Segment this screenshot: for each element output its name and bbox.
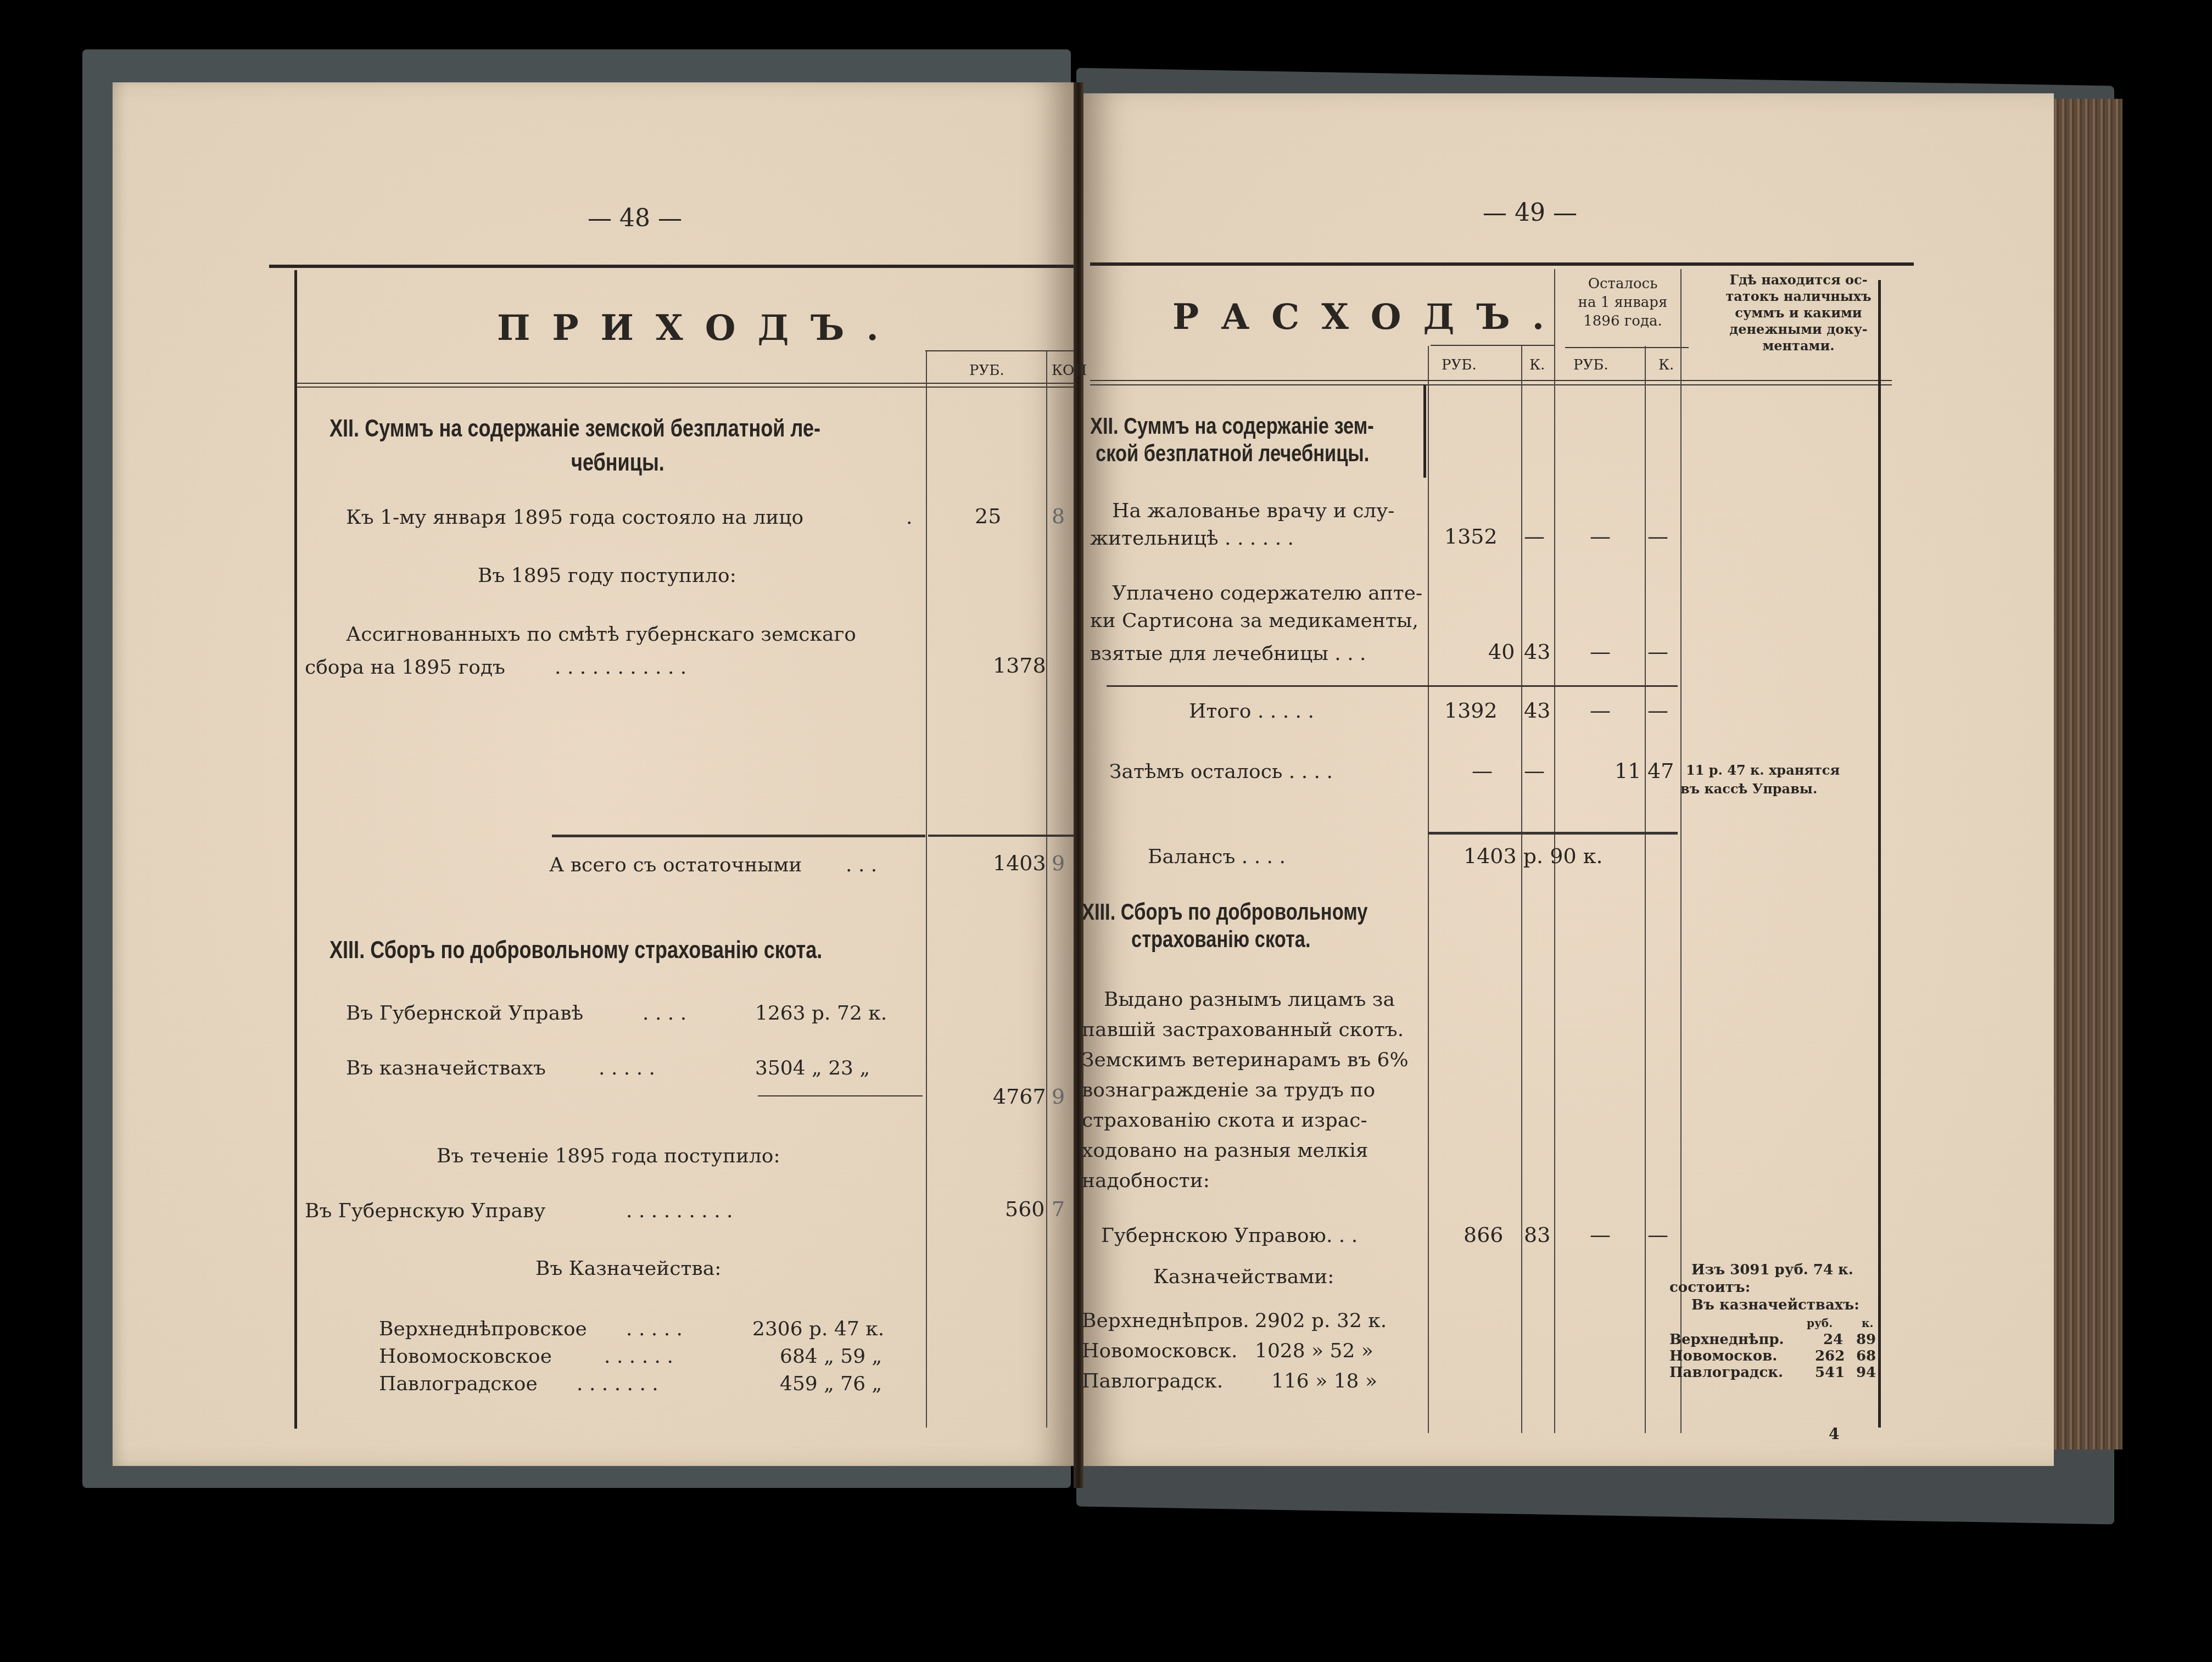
left-xiii-uprava-label: Въ Губернскую Управу: [305, 1200, 545, 1222]
right-itogo-rem-k: —: [1647, 698, 1668, 723]
right-row1-rub: 1352: [1444, 524, 1498, 549]
right-itogo-rub: 1392: [1444, 698, 1498, 723]
header-remaining-line-1: Осталось: [1562, 275, 1683, 293]
left-treasury3-label: Павлоградское: [379, 1373, 538, 1395]
rem-header-rule: [1565, 347, 1689, 348]
header-where-line-2: татокъ наличныхъ: [1697, 288, 1900, 305]
left-row1-label: Къ 1-му января 1895 года состояло на лиц…: [346, 506, 803, 529]
header-where-line-4: денежными доку-: [1697, 321, 1900, 338]
left-xiii-uprava-kop: 7: [1052, 1197, 1065, 1221]
right-itogo-k: 43: [1524, 698, 1550, 723]
right-remain-rem-k: 47: [1647, 759, 1674, 783]
note-row2-k: 68: [1856, 1348, 1876, 1364]
right-xii-heading-2: ской безплатной лечебницы.: [1096, 437, 1369, 471]
left-xiii-item2-amount: 3504 „ 23 „: [755, 1057, 870, 1079]
rub1-column-line: [1428, 346, 1429, 1433]
left-treasury3-amount: 459 „ 76 „: [780, 1373, 882, 1395]
right-row2-label-3: взятые для лечебницы . . .: [1090, 642, 1366, 665]
left-title: ПРИХОДЪ.: [497, 307, 901, 349]
right-row1-rem-k: —: [1647, 524, 1668, 549]
right-remain-k: —: [1524, 759, 1545, 783]
left-xiii-uprava-rub: 560: [1005, 1197, 1045, 1221]
left-treasury1-dots: . . . . .: [626, 1318, 683, 1340]
right-row2-label-2: ки Сартисона за медикаменты,: [1090, 609, 1418, 632]
header-remaining-line-3: 1896 года.: [1562, 312, 1683, 331]
rub-header-rule: [1431, 345, 1554, 346]
left-total-kop: 9: [1052, 851, 1065, 875]
right-balance-value: 1403 р. 90 к.: [1464, 844, 1603, 868]
right-row2-k: 43: [1524, 640, 1550, 664]
right-row1-label-1: На жалованье врачу и слу-: [1112, 500, 1395, 522]
left-treasury1-label: Верхнеднѣпровское: [379, 1318, 587, 1340]
header-where-line-5: ментами.: [1697, 338, 1900, 354]
col-header-rub1: РУБ.: [1442, 357, 1477, 373]
col-header-k1: К.: [1529, 357, 1545, 373]
right-remain-note-1: 11 р. 47 к. хранятся: [1686, 762, 1840, 778]
note-row2-name: Новомосков.: [1669, 1348, 1777, 1364]
left-xiii-subtotal-rub: 4767: [993, 1084, 1046, 1109]
right-xiii-uprava-rem-k: —: [1647, 1223, 1668, 1247]
right-row2-rem-k: —: [1647, 640, 1668, 664]
right-xiii-heading-2: страхованію скота.: [1131, 922, 1310, 956]
left-sub-postupilo: Въ 1895 году поступило:: [478, 564, 736, 587]
left-xiii-item2-dots: . . . . .: [599, 1057, 655, 1079]
right-treasury3-label: Павлоградск.: [1082, 1370, 1223, 1392]
balance-rule: [1428, 832, 1678, 835]
right-header-bottom-rule-1: [1090, 380, 1892, 381]
note-line-2: состоитъ:: [1669, 1279, 1750, 1296]
left-row1-kop: 8: [1052, 504, 1065, 528]
col-header-k2: К.: [1658, 357, 1674, 373]
right-xiii-desc-2: павшій застрахованный скотъ.: [1082, 1019, 1404, 1041]
right-xiii-uprava-label: Губернскою Управою. . .: [1101, 1224, 1358, 1247]
right-xiii-desc-4: вознагражденіе за трудъ по: [1082, 1079, 1375, 1101]
left-treasury2-label: Новомосковское: [379, 1345, 552, 1368]
left-row1-dots: .: [906, 506, 912, 529]
right-title: РАСХОДЪ.: [1172, 296, 1566, 338]
subtotal-rule: [758, 1095, 923, 1096]
right-treasury2-label: Новомосковск.: [1082, 1340, 1237, 1362]
left-row2-label-1: Ассигнованныхъ по смѣтѣ губернскаго земс…: [346, 623, 856, 646]
total-rule: [552, 835, 925, 837]
note-row3-k: 94: [1856, 1364, 1876, 1381]
left-border-line: [294, 270, 297, 1429]
right-balance-label: Балансъ . . . .: [1148, 846, 1286, 868]
right-border-line: [1878, 280, 1881, 1428]
left-xiii-item2-label: Въ казначействахъ: [346, 1057, 546, 1079]
right-xiii-uprava-rem-rub: —: [1590, 1223, 1611, 1247]
k2-column-line: [1645, 346, 1646, 1433]
left-xiii-item1-dots: . . . .: [643, 1002, 686, 1025]
note-row3-rub: 541: [1815, 1364, 1845, 1381]
header-remaining: Осталось на 1 января 1896 года.: [1562, 275, 1683, 331]
left-row1-rub: 25: [975, 504, 1001, 528]
note-line-3: Въ казначействахъ:: [1691, 1297, 1859, 1313]
right-treasury3-amount: 116 » 18 »: [1271, 1370, 1377, 1392]
left-treasury3-dots: . . . . . . .: [577, 1373, 658, 1395]
note-line-1: Изъ 3091 руб. 74 к.: [1691, 1262, 1853, 1278]
header-where: Гдѣ находится ос- татокъ наличныхъ суммъ…: [1697, 272, 1900, 354]
right-xiii-desc-6: ходовано на разныя мелкія: [1082, 1139, 1368, 1162]
header-bottom-rule-2: [297, 387, 1074, 388]
note-row1-rub: 24: [1823, 1331, 1843, 1348]
left-xii-heading-1: XII. Суммъ на содержаніе земской безплат…: [329, 412, 820, 446]
left-treasury1-amount: 2306 р. 47 к.: [752, 1318, 884, 1340]
left-xiii-sub3: Въ Казначейства:: [535, 1257, 721, 1280]
top-rule-right: [1090, 262, 1914, 266]
left-xiii-subtotal-kop: 9: [1052, 1084, 1065, 1109]
rub-column-line: [926, 351, 927, 1428]
right-header-bottom-rule-2: [1090, 384, 1892, 385]
left-xii-heading-2: чебницы.: [571, 446, 664, 480]
right-treasury1-label: Верхнеднѣпров.: [1082, 1310, 1249, 1332]
left-xiii-heading: XIII. Сборъ по добровольному страхованію…: [329, 933, 822, 967]
left-xiii-sub2: Въ теченіе 1895 года поступило:: [437, 1145, 780, 1167]
header-remaining-line-2: на 1 января: [1562, 293, 1683, 312]
right-remain-rub: —: [1472, 759, 1493, 783]
right-remain-note-2: въ кассѣ Управы.: [1680, 781, 1817, 797]
right-row2-label-1: Уплачено содержателю апте-: [1112, 582, 1422, 605]
left-total-rub: 1403: [993, 851, 1046, 875]
right-row1-rem-rub: —: [1590, 524, 1611, 549]
left-xiii-item1-label: Въ Губернской Управѣ: [346, 1002, 583, 1025]
label-border-line: [1423, 384, 1426, 478]
kop-column-line: [1046, 351, 1047, 1428]
col-header-kop: КОП: [1052, 362, 1087, 379]
left-row2-rub: 1378: [993, 653, 1046, 678]
header-where-line-1: Гдѣ находится ос-: [1697, 272, 1900, 288]
right-xiii-uprava-k: 83: [1524, 1223, 1550, 1247]
right-xiii-desc-5: страхованію скота и израс-: [1082, 1109, 1367, 1132]
top-rule-left: [269, 265, 1074, 268]
col-header-rub: РУБ.: [969, 362, 1004, 379]
left-xiii-uprava-dots: . . . . . . . . .: [626, 1200, 733, 1222]
right-xiii-uprava-rub: 866: [1464, 1223, 1504, 1247]
right-remain-label: Затѣмъ осталось . . . .: [1109, 760, 1333, 783]
page-number-right: — 49 —: [1483, 199, 1577, 227]
left-xiii-item1-amount: 1263 р. 72 к.: [755, 1002, 887, 1025]
page-number-left: — 48 —: [588, 204, 682, 232]
right-xiii-desc-1: Выдано разнымъ лицамъ за: [1104, 988, 1395, 1011]
book-gutter: [1074, 82, 1083, 1488]
note-col-rub: руб.: [1807, 1317, 1833, 1330]
right-row2-rem-rub: —: [1590, 640, 1611, 664]
note-row1-name: Верхнеднѣпр.: [1669, 1331, 1784, 1348]
header-bottom-rule-1: [297, 383, 1074, 384]
itogo-rule: [1107, 685, 1678, 687]
right-row2-rub: 40: [1488, 640, 1515, 664]
right-itogo-label: Итого . . . . .: [1189, 700, 1314, 723]
header-where-line-3: суммъ и какими: [1697, 305, 1900, 321]
left-total-dots: . . .: [846, 854, 877, 876]
right-row1-label-2: жительницѣ . . . . . .: [1090, 527, 1294, 550]
left-treasury2-amount: 684 „ 59 „: [780, 1345, 882, 1368]
where-column-line: [1680, 269, 1682, 1433]
col-header-rub2: РУБ.: [1573, 357, 1608, 373]
right-xiii-treasuries-label: Казначействами:: [1153, 1266, 1334, 1288]
right-xiii-desc-7: надобности:: [1082, 1169, 1210, 1192]
left-row2-dots: . . . . . . . . . . .: [555, 656, 686, 679]
total-rule-right: [928, 835, 1074, 837]
page-edges: [2051, 99, 2122, 1450]
k1-column-line: [1521, 346, 1522, 1433]
signature-mark: 4: [1829, 1425, 1839, 1443]
right-row1-k: —: [1524, 524, 1545, 549]
right-treasury2-amount: 1028 » 52 »: [1255, 1340, 1373, 1362]
note-col-k: к.: [1862, 1317, 1873, 1330]
left-total-label: А всего съ остаточными: [549, 854, 802, 876]
right-remain-rem-rub: 11: [1615, 759, 1641, 783]
left-row2-label-2: сбора на 1895 годъ: [305, 656, 505, 679]
right-itogo-rem-rub: —: [1590, 698, 1611, 723]
note-row2-rub: 262: [1815, 1348, 1845, 1364]
note-row3-name: Павлоградск.: [1669, 1364, 1783, 1381]
col-header-rule: [925, 350, 1074, 351]
note-row1-k: 89: [1856, 1331, 1876, 1348]
right-treasury1-amount: 2902 р. 32 к.: [1255, 1310, 1387, 1332]
right-xiii-desc-3: Земскимъ ветеринарамъ въ 6%: [1082, 1049, 1409, 1071]
left-treasury2-dots: . . . . . .: [604, 1345, 673, 1368]
